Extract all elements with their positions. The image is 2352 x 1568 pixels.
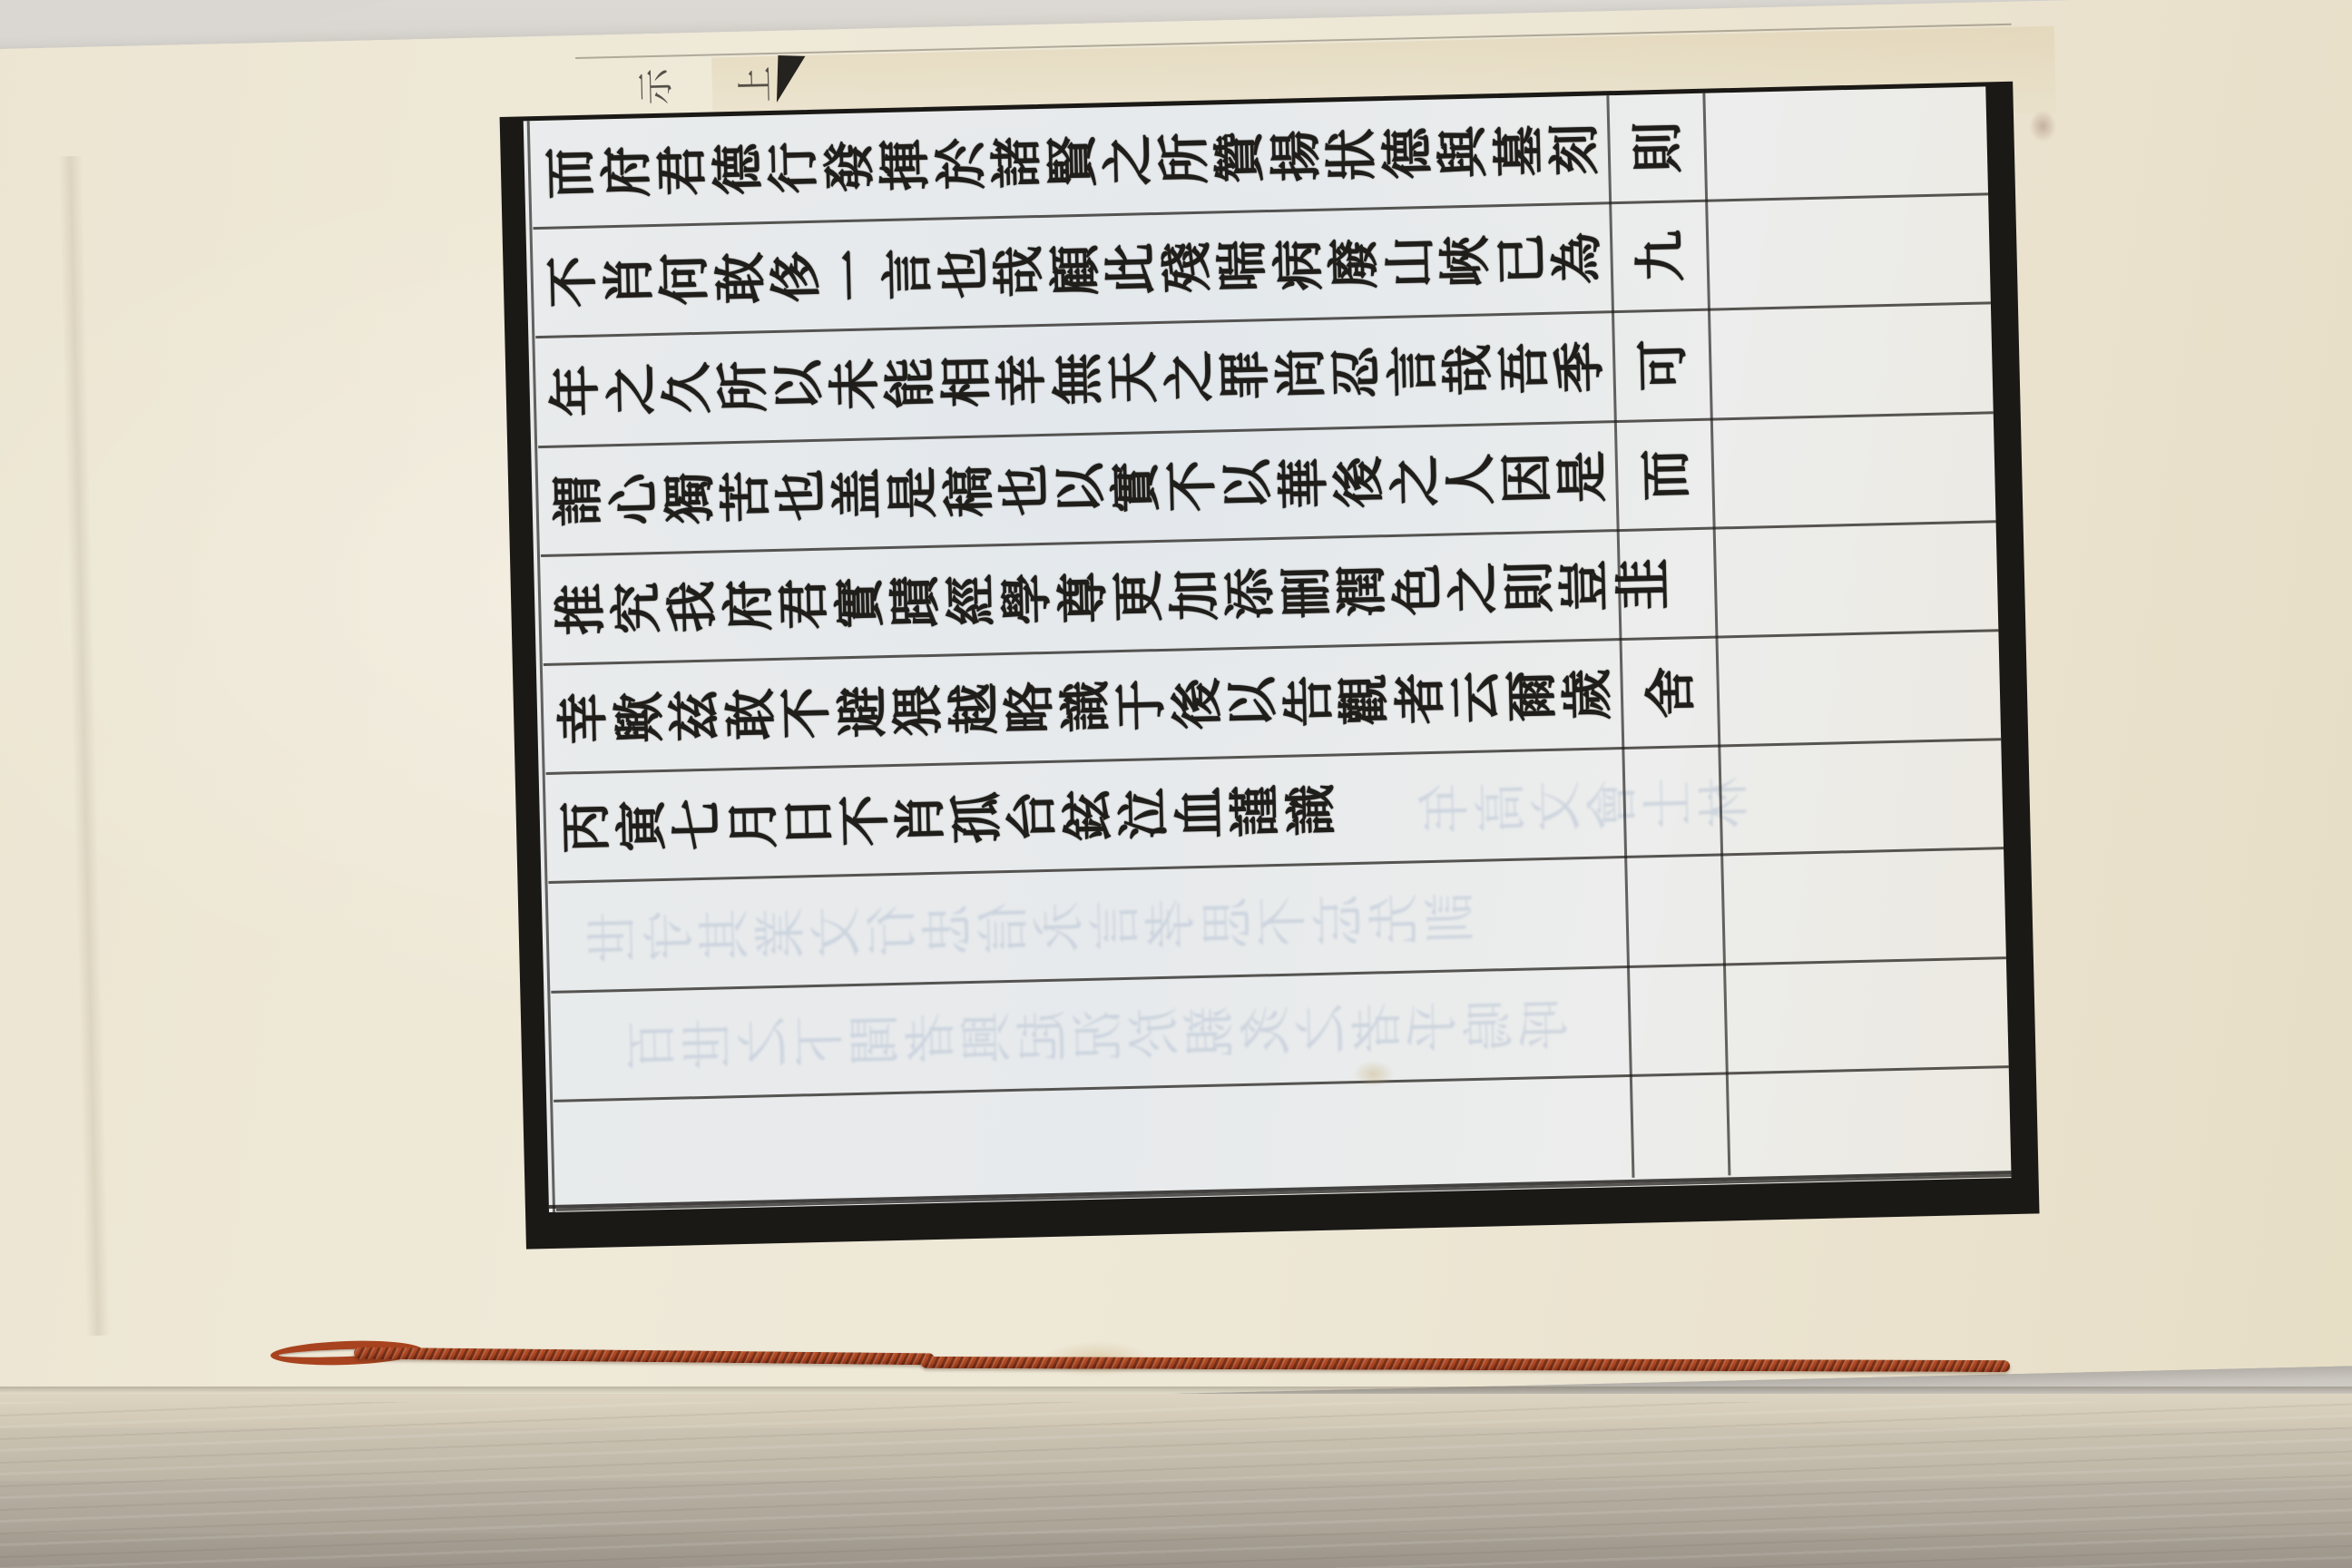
show-through-character: 言 [1090, 898, 1142, 951]
printed-character: 於 [935, 137, 987, 190]
hanja-glyph: 究 [608, 554, 666, 662]
show-through-character: 親 [1184, 1005, 1237, 1058]
show-through-glyph: 孝 [1142, 874, 1200, 973]
show-through-character: 忠 [922, 903, 975, 955]
show-through-character: 忘 [1313, 894, 1366, 946]
hanja-glyph: 丙 [557, 773, 615, 881]
hanja-glyph: 未 [826, 331, 884, 439]
hanja-glyph: 更 [1110, 543, 1168, 651]
hanja-glyph: 墓 [1490, 97, 1548, 205]
printed-character: 告 [1282, 675, 1335, 728]
hanja-glyph: 狀 [1322, 101, 1380, 209]
printed-character: 為 [1551, 232, 1603, 285]
hanja-glyph: 山 [1381, 209, 1439, 317]
hanja-glyph: 刻 [1545, 95, 1603, 203]
printed-character: 後 [1171, 677, 1223, 730]
show-through-glyph: 聞 [847, 990, 905, 1089]
printed-character: 所 [1158, 132, 1210, 185]
hanja-glyph: 於 [932, 110, 990, 218]
printed-character: 實 [1110, 461, 1162, 514]
printed-character: 潤 [1336, 564, 1388, 617]
hanja-glyph: 苦 [717, 443, 775, 551]
printed-character: 可 [1636, 339, 1689, 392]
hanja-glyph: 實 [1107, 433, 1165, 541]
printed-character: 德 [1381, 127, 1434, 180]
show-through-glyph: 世 [585, 887, 643, 986]
printed-character: 幸 [557, 691, 610, 744]
hanja-glyph: 鉉 [1059, 761, 1117, 869]
show-through-glyph: 永 [1032, 877, 1090, 975]
hanja-glyph: 府 [719, 552, 777, 660]
hanja-glyph: 略 [1001, 654, 1059, 762]
hanja-glyph: 日 [780, 769, 838, 877]
hanja-glyph: 肖 [600, 227, 658, 335]
hanja-glyph: 此 [1102, 215, 1160, 323]
printed-character: 一 [826, 250, 878, 302]
hanja-glyph: 尊 [1053, 544, 1112, 652]
show-through-glyph: 乎 [1405, 977, 1463, 1076]
show-through-character: 呼 [1519, 997, 1572, 1050]
hanja-glyph: 九 [1631, 202, 1689, 310]
show-through-glyph: 文 [808, 882, 867, 981]
printed-character: 以 [1053, 462, 1106, 514]
hanja-glyph: 添 [1221, 540, 1279, 648]
show-through-character: 信 [978, 901, 1031, 954]
printed-character: 苦 [720, 470, 772, 523]
printed-character: 揚 [1269, 130, 1322, 182]
hanja-glyph: 兹 [666, 661, 724, 769]
column-grid: 而府君德行發揮於諸賢之所贊揚狀德與墓刻則不肖何敢侈一言也哉顧此殘喘病廢山峽已為九… [531, 86, 2012, 1202]
hanja-glyph: 忍 [1328, 318, 1386, 426]
printed-character: 刪 [1279, 565, 1332, 618]
printed-character: 德 [711, 142, 764, 195]
hanja-glyph: 台 [1004, 763, 1062, 871]
printed-character: 也 [775, 468, 828, 521]
show-through-glyph: 世 [680, 995, 738, 1093]
printed-character: 久 [661, 362, 713, 415]
show-through-glyph: 信 [975, 878, 1034, 977]
printed-text-frame: 而府君德行發揮於諸賢之所贊揚狀德與墓刻則不肖何敢侈一言也哉顧此殘喘病廢山峽已為九… [500, 82, 2040, 1249]
hanja-glyph: 言 [1384, 318, 1442, 426]
show-through-glyph: 忘 [1310, 870, 1368, 969]
printed-character: 我 [666, 580, 719, 632]
printed-character: 言 [1387, 345, 1439, 397]
hanja-glyph: 歲 [1559, 641, 1617, 749]
printed-character: 肖 [603, 254, 655, 307]
cut-character: 示 [627, 68, 680, 105]
hanja-glyph: 獨 [661, 444, 719, 552]
photo-of-book: { "photo": { "subject": "Open woodblock-… [0, 0, 2352, 1568]
show-through-character: 林 [1699, 775, 1751, 828]
hanja-glyph: 已 [1493, 206, 1551, 314]
show-through-glyph: 者 [1349, 978, 1407, 1077]
hanja-glyph: 舍 [1641, 639, 1700, 747]
show-through-character: 興 [961, 1011, 1014, 1063]
hanja-glyph: 肖 [892, 766, 950, 874]
printed-character: 因 [1500, 451, 1553, 504]
hanja-glyph: 與 [1434, 98, 1492, 206]
show-through-character: 先 [1368, 892, 1421, 945]
printed-character: 廢 [1328, 237, 1380, 289]
printed-character: 學 [1001, 573, 1053, 625]
hanja-glyph: 後 [1330, 428, 1388, 536]
hanja-glyph: 云 [1447, 643, 1505, 751]
hanja-glyph: 相 [937, 328, 995, 436]
show-through-character: 思 [1201, 896, 1254, 948]
hanja-glyph: 人 [1442, 426, 1500, 534]
show-through-character: 業 [755, 906, 808, 959]
printed-character: 識 [1285, 784, 1338, 837]
hanja-glyph: 學 [998, 544, 1056, 652]
show-through-glyph: 下 [791, 992, 849, 1091]
show-through-glyph: 其 [697, 885, 755, 984]
show-through-character: 世 [588, 910, 641, 963]
printed-character: 孤 [950, 791, 1003, 844]
printed-character: 肖 [895, 793, 947, 846]
printed-character: 所 [717, 361, 769, 414]
hanja-glyph: 何 [655, 226, 713, 334]
printed-character: 府 [721, 579, 774, 632]
hanja-glyph: 一 [1639, 530, 1697, 638]
hanja-glyph: 避 [833, 658, 891, 766]
hanja-glyph: 爾 [1503, 642, 1561, 750]
show-through-character: 百 [626, 1019, 679, 1072]
hanja-glyph: 之 [1100, 106, 1158, 214]
show-through-character: 者 [1352, 1002, 1405, 1054]
hanja-glyph: 越 [945, 655, 1003, 763]
printed-character: 之 [1102, 133, 1154, 186]
hanja-glyph: 可 [1633, 312, 1691, 420]
hanja-glyph: 謂 [549, 446, 607, 554]
printed-character: 之 [1447, 562, 1500, 614]
show-through-character: 之 [738, 1016, 790, 1069]
printed-character: 已 [1495, 233, 1548, 286]
printed-character: 刻 [1548, 123, 1601, 176]
printed-character: 府 [600, 145, 652, 198]
paper-fiber-streaks [0, 1402, 2352, 1568]
printed-character: 罪 [1219, 349, 1271, 402]
hanja-glyph: 天 [1104, 324, 1162, 432]
show-through-glyph: 忠 [920, 879, 978, 978]
hanja-glyph: 揚 [1267, 103, 1325, 211]
printed-character: 月 [727, 797, 779, 849]
hanja-glyph: 哉 [990, 218, 1048, 326]
printed-character: 揮 [879, 139, 932, 191]
hanja-glyph: 也 [995, 436, 1053, 544]
hanja-glyph: 盖 [828, 440, 887, 548]
hanja-glyph: 識 [1056, 652, 1114, 760]
show-through-glyph: 思 [1199, 873, 1257, 972]
hanja-glyph: 識 [1282, 757, 1340, 865]
printed-character: 舍 [1644, 666, 1697, 719]
printed-character: 七 [671, 799, 724, 851]
hanja-glyph: 幸 [993, 327, 1051, 435]
printed-character: 色 [1391, 563, 1444, 615]
printed-character: 幸 [995, 354, 1048, 407]
hanja-glyph: 經 [942, 546, 1000, 654]
show-through-character: 世 [682, 1017, 735, 1070]
hanja-glyph: 之 [1386, 426, 1444, 534]
hanja-glyph: 加 [1165, 541, 1223, 649]
printed-character: 兹 [669, 689, 721, 741]
show-through-character: 者 [906, 1012, 958, 1064]
printed-character: 季 [1553, 341, 1606, 394]
hanja-glyph: 不 [1163, 432, 1221, 540]
hanja-glyph: 觀 [1336, 646, 1394, 754]
column-end-character: 一 [1622, 529, 1714, 637]
printed-character: 以 [1221, 458, 1274, 511]
hanja-glyph: 色 [1388, 535, 1446, 643]
printed-character: 避 [836, 685, 888, 738]
hanja-glyph: 潤 [1333, 537, 1391, 645]
show-through-glyph: 興 [958, 987, 1016, 1086]
hanja-glyph: 以 [1219, 431, 1277, 539]
hanja-glyph: 一 [823, 221, 881, 329]
hanja-glyph: 所 [1155, 105, 1213, 213]
printed-character: 未 [828, 358, 881, 411]
show-through-glyph: 士 [1640, 753, 1698, 852]
show-through-glyph: 起 [1014, 986, 1073, 1085]
hanja-glyph: 敢 [721, 661, 779, 769]
fishtail-mark-fragment [777, 55, 805, 103]
printed-character: 峽 [1439, 235, 1492, 288]
printed-character: 不 [1165, 459, 1218, 512]
show-through-character: 炙 [1240, 1004, 1293, 1057]
hanja-glyph: 之 [603, 336, 661, 444]
printed-character: 之 [1163, 350, 1216, 403]
hanja-glyph: 刪 [1277, 538, 1335, 646]
hanja-glyph: 稿 [940, 437, 998, 545]
show-through-glyph: 不 [1254, 871, 1312, 970]
hanja-glyph: 敢 [711, 224, 769, 332]
show-through-glyph: 之 [1293, 980, 1351, 1079]
show-through-character: 其 [699, 908, 751, 961]
hanja-glyph: 華 [1274, 429, 1332, 537]
printed-character: 不 [780, 687, 833, 740]
show-through-character: 行 [867, 904, 919, 956]
hanja-glyph: 之 [1445, 534, 1503, 642]
printed-character: 贊 [1213, 131, 1266, 183]
hanja-glyph: 泣 [1115, 760, 1173, 868]
hanja-glyph: 而 [1636, 421, 1694, 529]
hanja-glyph: 哉 [1439, 317, 1497, 425]
printed-character: 墓 [1493, 124, 1545, 177]
show-through-character: 守 [643, 909, 696, 962]
hanja-glyph: 德 [1378, 100, 1436, 208]
hanja-glyph: 以 [769, 332, 828, 440]
printed-character: 觀 [1338, 673, 1391, 726]
printed-character: 則 [1632, 121, 1684, 173]
printed-character: 是 [887, 465, 939, 518]
printed-character: 台 [1006, 790, 1059, 843]
hanja-glyph: 豈 [1556, 532, 1614, 640]
hanja-glyph: 殘 [1158, 214, 1216, 322]
show-through-glyph: 者 [903, 989, 961, 1088]
printed-character: 丙 [560, 801, 612, 854]
hanja-glyph: 府 [597, 118, 655, 226]
printed-character: 忍 [1330, 347, 1383, 399]
printed-character: 豈 [1559, 559, 1612, 612]
printed-character: 尚 [1275, 348, 1328, 400]
printed-character: 謂 [552, 474, 604, 526]
hanja-glyph: 能 [881, 329, 939, 437]
printed-character: 言 [881, 248, 934, 300]
printed-character: 後 [1333, 456, 1386, 508]
hanja-glyph: 血 [1171, 759, 1229, 867]
hanja-glyph: 是 [884, 438, 942, 546]
show-through-character: 訓 [1425, 891, 1477, 944]
show-through-character: 下 [794, 1014, 847, 1067]
printed-character: 殘 [1161, 241, 1213, 294]
printed-character: 賢 [1046, 135, 1099, 188]
printed-character: 病 [1272, 239, 1325, 291]
hanja-glyph: 賢 [1044, 107, 1102, 215]
column-main-characters: 而府君德行發揮於諸賢之所贊揚狀德與墓刻 [542, 95, 1605, 227]
hanja-glyph: 峽 [1436, 207, 1494, 315]
hanja-glyph: 則 [1500, 533, 1558, 641]
printed-character: 狀 [1325, 128, 1377, 181]
hanja-glyph: 幸 [554, 664, 612, 772]
show-through-glyph: 先 [1366, 869, 1424, 968]
show-through-glyph: 林 [1696, 752, 1754, 851]
show-through-text: 世守其業文行忠信永言孝思不忘先訓 [585, 867, 1480, 986]
show-through-character: 孝 [1145, 897, 1198, 950]
hanja-glyph: 不 [778, 659, 836, 767]
printed-character: 發 [823, 140, 876, 192]
hanja-glyph: 無 [1049, 326, 1107, 434]
printed-character: 之 [1388, 454, 1441, 506]
hanja-glyph: 言 [878, 220, 936, 328]
show-through-character: 不 [1257, 895, 1309, 947]
hanja-glyph: 為 [1548, 205, 1606, 313]
hanja-glyph: 寅 [612, 772, 671, 880]
book-page: 示 上 而府君德行發揮於諸賢之所贊揚狀德與墓刻則不肖何敢侈一言也哉顧此殘喘病廢山… [0, 0, 2352, 1422]
printed-character: 之 [605, 363, 658, 416]
show-through-glyph: 行 [864, 881, 922, 980]
hanja-glyph: 君 [775, 550, 833, 658]
column-end-character: 九 [1614, 202, 1706, 310]
printed-character: 是 [1556, 450, 1609, 503]
hanja-glyph: 告 [1279, 647, 1338, 755]
hanja-glyph: 發 [820, 113, 878, 220]
hanja-glyph: 廢 [1325, 210, 1383, 318]
hanja-glyph: 則 [1629, 93, 1687, 201]
hanja-glyph: 年 [546, 338, 604, 446]
show-through-character: 士 [1642, 777, 1695, 829]
printed-character: 日 [783, 796, 836, 848]
column-end-character: 而 [1620, 420, 1711, 528]
show-through-character: 永 [1034, 900, 1086, 953]
printed-character: 心 [608, 473, 661, 525]
printed-character: 加 [1168, 568, 1220, 621]
printed-character: 稿 [943, 465, 995, 517]
hanja-glyph: 君 [653, 117, 711, 225]
hanja-glyph: 所 [714, 333, 772, 441]
hanja-glyph: 久 [658, 335, 716, 443]
hanja-glyph: 因 [1497, 424, 1555, 532]
printed-character: 越 [947, 682, 1000, 735]
printed-character: 泣 [1117, 788, 1170, 840]
printed-character: 諸 [991, 136, 1044, 189]
printed-character: 人 [1445, 453, 1497, 505]
hanja-glyph: 不 [544, 229, 603, 337]
hanja-glyph: 尚 [1272, 320, 1330, 428]
hanja-glyph: 喘 [1213, 212, 1271, 320]
printed-character: 敢 [714, 251, 767, 304]
hanja-glyph: 月 [724, 769, 782, 877]
hanja-glyph: 季 [1551, 314, 1609, 422]
show-through-character: 乎 [1407, 1000, 1460, 1053]
printed-character: 實 [833, 576, 886, 629]
printed-character: 九 [1633, 230, 1686, 283]
hanja-glyph: 心 [605, 445, 663, 553]
show-through-glyph: 於 [1126, 984, 1184, 1083]
printed-character: 年 [549, 365, 602, 417]
show-through-text: 百世之下聞者興起況於親炙之者乎嗚呼 [623, 975, 1574, 1095]
printed-character: 略 [1004, 681, 1056, 734]
hanja-glyph: 罪 [1216, 321, 1274, 429]
printed-character: 爾 [1505, 670, 1558, 722]
printed-character: 與 [1436, 125, 1489, 178]
hanja-glyph: 以 [1224, 649, 1282, 757]
printed-character: 尊 [1056, 571, 1109, 623]
printed-character: 華 [1277, 456, 1329, 509]
printed-character: 蹟 [889, 575, 942, 628]
column-end-character: 可 [1617, 311, 1709, 419]
printed-character: 謹 [1229, 785, 1281, 838]
hanja-glyph: 實 [830, 549, 888, 657]
printed-character: 歲 [1562, 668, 1614, 720]
show-through-character: 嗚 [1464, 999, 1516, 1052]
printed-character: 敢 [724, 688, 777, 740]
column-end-character: 則 [1612, 93, 1703, 201]
hanja-glyph: 猥 [889, 657, 947, 765]
printed-character: 云 [1450, 671, 1503, 723]
printed-character: 而 [1639, 448, 1691, 501]
hanja-glyph: 贊 [1210, 103, 1269, 211]
printed-character: 盖 [831, 467, 884, 520]
hanja-glyph: 諸 [988, 109, 1046, 217]
show-through-character: 聞 [849, 1014, 902, 1066]
show-through-glyph: 之 [735, 993, 793, 1092]
show-through-glyph: 呼 [1516, 975, 1574, 1073]
hanja-glyph: 孤 [947, 764, 1005, 872]
printed-character: 于 [1115, 679, 1168, 731]
cut-character: 上 [727, 65, 779, 103]
printed-character: 也 [998, 463, 1051, 515]
printed-character: 不 [546, 256, 599, 309]
printed-character: 更 [1112, 570, 1165, 622]
hanja-glyph: 揮 [877, 112, 935, 220]
printed-character: 血 [1173, 787, 1226, 839]
printed-character: 君 [656, 144, 709, 197]
hanja-glyph: 是 [1553, 423, 1612, 531]
page-edge-crease [58, 156, 110, 1336]
hanja-glyph: 也 [772, 441, 830, 549]
printed-character: 者 [1394, 672, 1446, 725]
show-through-glyph: 炙 [1238, 981, 1296, 1080]
hanja-glyph: 病 [1269, 211, 1328, 319]
printed-character: 此 [1104, 242, 1157, 295]
printed-character: 行 [768, 142, 820, 194]
show-through-glyph: 業 [752, 884, 810, 983]
printed-character: 哉 [993, 245, 1045, 298]
printed-character: 鉉 [1062, 789, 1114, 841]
printed-character: 何 [658, 253, 710, 306]
hanja-glyph: 歟 [610, 663, 668, 771]
hanja-glyph: 不 [836, 767, 894, 875]
printed-character: 君 [778, 577, 830, 630]
